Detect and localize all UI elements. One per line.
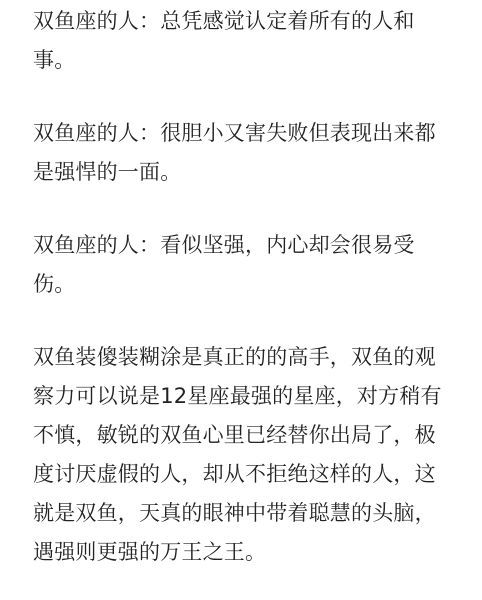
paragraph-1: 双鱼座的人：总凭感觉认定着所有的人和 事。 <box>33 2 473 80</box>
text-line: 事。 <box>33 41 473 80</box>
text-line: 就是双鱼，天真的眼神中带着聪慧的头脑， <box>33 494 473 533</box>
text-line: 察力可以说是12星座最强的星座，对方稍有 <box>33 377 473 416</box>
paragraph-2: 双鱼座的人：很胆小又害失败但表现出来都 是强悍的一面。 <box>33 114 473 192</box>
text-line: 双鱼座的人：总凭感觉认定着所有的人和 <box>33 2 473 41</box>
text-line: 是强悍的一面。 <box>33 153 473 192</box>
text-line: 双鱼座的人：很胆小又害失败但表现出来都 <box>33 114 473 153</box>
text-line: 遇强则更强的万王之王。 <box>33 533 473 572</box>
text-line: 双鱼座的人：看似坚强，内心却会很易受 <box>33 226 473 265</box>
paragraph-3: 双鱼座的人：看似坚强，内心却会很易受 伤。 <box>33 226 473 304</box>
paragraph-4: 双鱼装傻装糊涂是真正的的高手，双鱼的观 察力可以说是12星座最强的星座，对方稍有… <box>33 338 473 572</box>
text-line: 度讨厌虚假的人，却从不拒绝这样的人，这 <box>33 455 473 494</box>
document-body: 双鱼座的人：总凭感觉认定着所有的人和 事。 双鱼座的人：很胆小又害失败但表现出来… <box>33 2 473 600</box>
text-line: 双鱼装傻装糊涂是真正的的高手，双鱼的观 <box>33 338 473 377</box>
text-line: 伤。 <box>33 265 473 304</box>
text-line: 不慎，敏锐的双鱼心里已经替你出局了，极 <box>33 416 473 455</box>
